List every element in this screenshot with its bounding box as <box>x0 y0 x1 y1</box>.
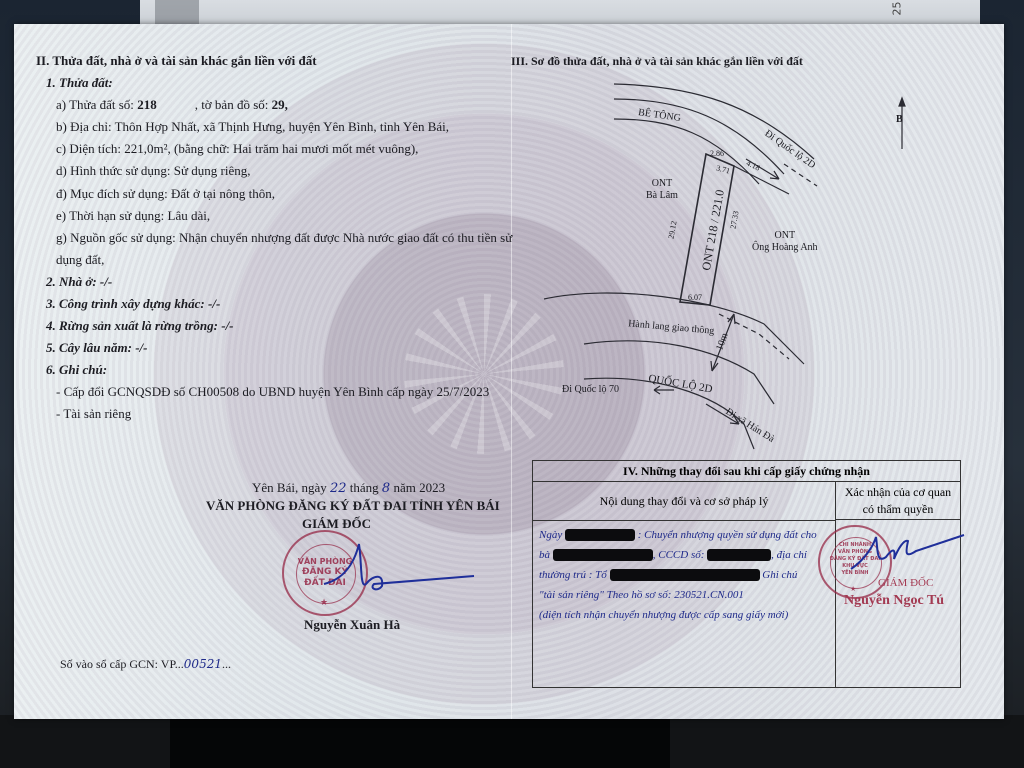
issue-year: năm 2023 <box>390 480 445 495</box>
date-prefix: Yên Bái, ngày <box>252 480 330 495</box>
usage-form-line: d) Hình thức sử dụng: Sử dụng riêng, <box>56 163 250 179</box>
entry-text: thường trú : Tổ <box>539 569 607 581</box>
month-prefix: tháng <box>347 480 382 495</box>
shadow-shape <box>170 715 670 768</box>
change-entry-line: thường trú : Tổ Ghi chú <box>539 569 797 581</box>
change-entry-line: bà , CCCD số: , địa chỉ <box>539 549 807 561</box>
back-sheet-number: 25 <box>891 2 904 16</box>
parcel-diagram: BÊ TÔNG Đi Quốc lộ 2D B 2.86 4.18 3.71 O… <box>534 74 934 454</box>
land-certificate-page: II. Thửa đất, nhà ở và tài sản khác gắn … <box>14 24 1004 719</box>
entry-text: , CCCD số: <box>653 549 705 561</box>
map-number: 29, <box>272 97 288 112</box>
perennial-trees-line: 5. Cây lâu năm: -/- <box>46 340 147 356</box>
signer-name-left: Nguyễn Xuân Hà <box>304 617 400 633</box>
certificate-number-label: Số vào sổ cấp GCN: VP... <box>60 657 184 671</box>
parcel-label: a) Thửa đất số: <box>56 97 137 112</box>
issue-day: 22 <box>330 481 347 496</box>
dim-bottom: 6.07 <box>688 292 702 304</box>
neighbor-right: ONT Ông Hoàng Anh <box>752 230 818 254</box>
neighbor-left-name: Bà Lâm <box>646 190 678 202</box>
map-label: , tờ bản đồ số: <box>195 97 272 112</box>
address-line: b) Địa chỉ: Thôn Hợp Nhất, xã Thịnh Hưng… <box>56 119 449 135</box>
redacted-block <box>707 549 771 561</box>
issue-date: Yên Bái, ngày 22 tháng 8 năm 2023 <box>252 480 445 497</box>
approval-title: GIÁM ĐỐC <box>878 575 933 591</box>
area-line: c) Diện tích: 221,0m², (bằng chữ: Hai tr… <box>56 141 418 157</box>
page-fold <box>511 24 512 719</box>
section3-heading: III. Sơ đồ thửa đất, nhà ở và tài sản kh… <box>511 53 803 69</box>
approval-header-line1: Xác nhận của cơ quan <box>836 484 960 501</box>
production-forest-line: 4. Rừng sản xuất là rừng trồng: -/- <box>46 318 234 334</box>
section2-heading: II. Thửa đất, nhà ở và tài sản khác gắn … <box>36 53 317 69</box>
to-highway-70-label: Đi Quốc lộ 70 <box>562 384 619 396</box>
back-sheet-strip <box>155 0 199 26</box>
certificate-number: Số vào sổ cấp GCN: VP...00521... <box>60 656 231 672</box>
approval-header: Xác nhận của cơ quan có thẩm quyền <box>836 482 960 520</box>
entry-text: Ngày <box>539 529 562 541</box>
other-construction-line: 3. Công trình xây dựng khác: -/- <box>46 296 220 312</box>
approval-signer: Nguyễn Ngọc Tú <box>844 593 944 609</box>
dim-top-left: 2.86 <box>710 148 724 160</box>
director-signature-right <box>846 529 966 579</box>
change-entry-line: Ngày : Chuyển nhượng quyền sử dụng đất c… <box>539 529 817 541</box>
changes-content-header: Nội dung thay đổi và cơ sở pháp lý <box>533 482 836 521</box>
neighbor-right-name: Ông Hoàng Anh <box>752 242 818 254</box>
note-item: - Cấp đổi GCNQSDĐ số CH00508 do UBND huy… <box>56 384 489 400</box>
background-floor <box>0 715 1024 768</box>
neighbor-right-type: ONT <box>752 230 818 242</box>
issuing-office: VĂN PHÒNG ĐĂNG KÝ ĐẤT ĐAI TỈNH YÊN BÁI <box>206 498 500 514</box>
entry-text: , địa chỉ <box>771 549 807 561</box>
north-label: B <box>896 114 903 126</box>
entry-text: : Chuyển nhượng quyền sử dụng đất cho <box>638 529 817 541</box>
changes-content-cell: Ngày : Chuyển nhượng quyền sử dụng đất c… <box>533 521 836 687</box>
neighbor-left: ONT Bà Lâm <box>646 178 678 202</box>
changes-table: IV. Những thay đổi sau khi cấp giấy chứn… <box>532 460 961 688</box>
note-item: - Tài sản riêng <box>56 406 131 422</box>
change-entry-line: "tài sản riêng" Theo hồ sơ số: 230521.CN… <box>539 589 744 601</box>
issue-month: 8 <box>382 481 390 496</box>
house-line: 2. Nhà ở: -/- <box>46 274 112 290</box>
certificate-number-value: 00521 <box>184 657 222 671</box>
director-title: GIÁM ĐỐC <box>302 516 371 532</box>
approval-header-line2: có thẩm quyền <box>836 501 960 518</box>
redacted-block <box>610 569 760 581</box>
entry-text: bà <box>539 549 550 561</box>
neighbor-left-type: ONT <box>646 178 678 190</box>
parcel-diagram-lines <box>534 74 934 454</box>
stamp-star-icon: ★ <box>850 585 856 593</box>
entry-text: Ghi chú <box>762 569 797 581</box>
origin-line-2: dụng đất, <box>56 252 104 268</box>
change-entry-line: (diện tích nhận chuyển nhượng được cấp s… <box>539 609 788 621</box>
redacted-block <box>565 529 635 541</box>
director-signature-left <box>314 534 484 604</box>
parcel-number: 218 <box>137 97 157 112</box>
approval-cell: CHI NHÁNH VĂN PHÒNG ĐĂNG KÝ ĐẤT ĐAI KHU … <box>836 521 960 687</box>
parcel-line: a) Thửa đất số: 218, tờ bản đồ số: 29, <box>56 97 288 113</box>
redacted-block <box>553 549 653 561</box>
certificate-number-suffix: ... <box>222 657 231 671</box>
notes-heading: 6. Ghi chú: <box>46 362 107 378</box>
usage-purpose-line: đ) Mục đích sử dụng: Đất ở tại nông thôn… <box>56 186 275 202</box>
land-heading: 1. Thửa đất: <box>46 75 113 91</box>
section4-heading: IV. Những thay đổi sau khi cấp giấy chứn… <box>533 461 960 482</box>
usage-term-line: e) Thời hạn sử dụng: Lâu dài, <box>56 208 210 224</box>
origin-line-1: g) Nguồn gốc sử dụng: Nhận chuyển nhượng… <box>56 230 512 246</box>
